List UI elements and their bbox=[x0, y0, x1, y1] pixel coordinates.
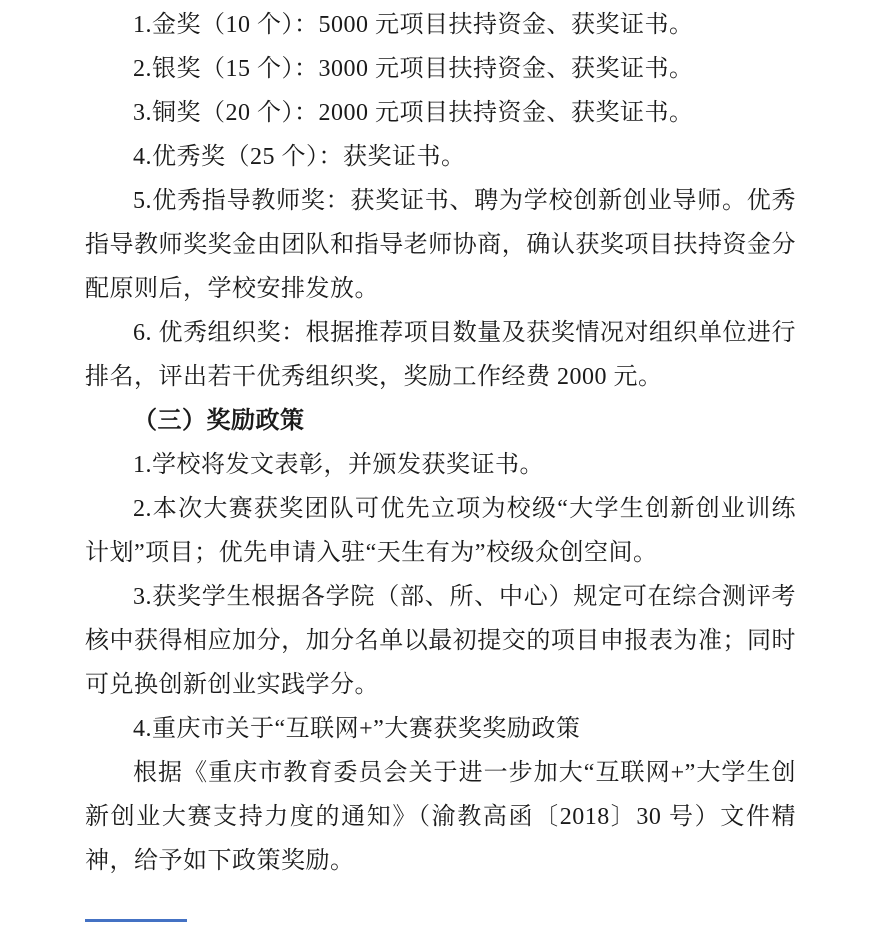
award-item-silver: 2.银奖（15 个）：3000 元项目扶持资金、获奖证书。 bbox=[85, 47, 796, 91]
award-item-advisor: 5.优秀指导教师奖：获奖证书、聘为学校创新创业导师。优秀指导教师奖奖金由团队和指… bbox=[85, 179, 796, 311]
award-item-gold: 1.金奖（10 个）：5000 元项目扶持资金、获奖证书。 bbox=[85, 3, 796, 47]
policy-item-4-detail: 根据《重庆市教育委员会关于进一步加大“互联网+”大学生创新创业大赛支持力度的通知… bbox=[85, 751, 796, 883]
footer-line-decoration bbox=[85, 919, 187, 922]
policy-item-4: 4.重庆市关于“互联网+”大赛获奖奖励政策 bbox=[85, 707, 796, 751]
section-heading-reward-policy: （三）奖励政策 bbox=[85, 399, 796, 443]
policy-item-2: 2.本次大赛获奖团队可优先立项为校级“大学生创新创业训练计划”项目；优先申请入驻… bbox=[85, 487, 796, 575]
document-page: 1.金奖（10 个）：5000 元项目扶持资金、获奖证书。 2.银奖（15 个）… bbox=[0, 0, 880, 926]
policy-item-1: 1.学校将发文表彰，并颁发获奖证书。 bbox=[85, 443, 796, 487]
award-item-excellence: 4.优秀奖（25 个）：获奖证书。 bbox=[85, 135, 796, 179]
award-item-bronze: 3.铜奖（20 个）：2000 元项目扶持资金、获奖证书。 bbox=[85, 91, 796, 135]
policy-item-3: 3.获奖学生根据各学院（部、所、中心）规定可在综合测评考核中获得相应加分，加分名… bbox=[85, 575, 796, 707]
award-item-organization: 6. 优秀组织奖：根据推荐项目数量及获奖情况对组织单位进行排名，评出若干优秀组织… bbox=[85, 311, 796, 399]
